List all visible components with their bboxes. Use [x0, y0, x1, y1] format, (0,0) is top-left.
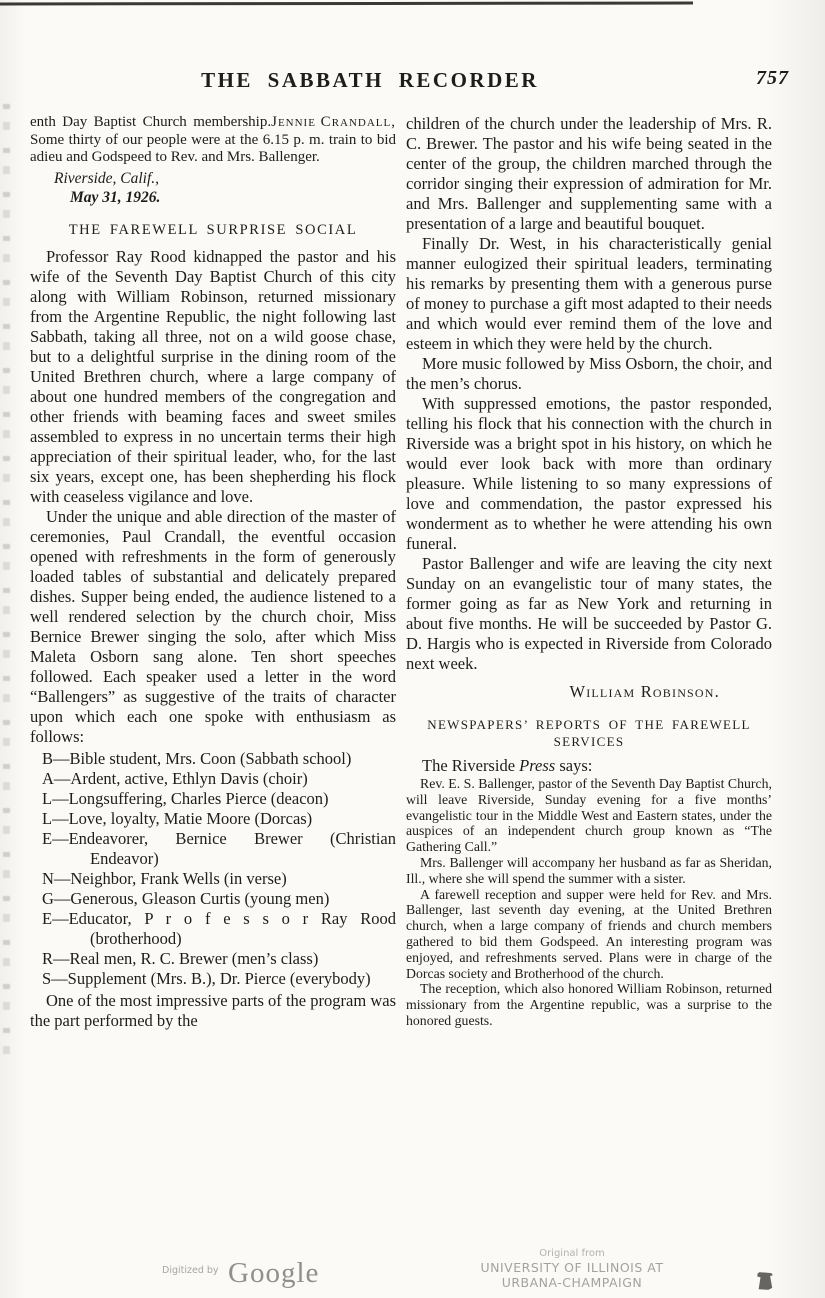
signature-william-robinson: William Robinson.: [406, 682, 772, 702]
acrostic-item-g: G—Generous, Gleason Curtis (young men): [30, 889, 396, 909]
scanned-page: THE SABBATH RECORDER 757 Jennie Crandall…: [0, 0, 825, 1298]
left-column: Jennie Crandall,enth Day Baptist Church …: [30, 114, 396, 1031]
continuation-paragraph: Jennie Crandall,enth Day Baptist Church …: [30, 114, 396, 167]
press-excerpt-1: Rev. E. S. Ballenger, pastor of the Seve…: [406, 776, 772, 855]
press-intro-pre: The Riverside: [422, 756, 519, 775]
digitized-by-label: Digitized by: [162, 1265, 219, 1276]
google-logo: Google: [228, 1257, 319, 1290]
original-from-label: Original from: [452, 1248, 692, 1259]
acrostic-item-b: B—Bible student, Mrs. Coon (Sabbath scho…: [30, 749, 396, 769]
right-paragraph-5: Pastor Ballenger and wife are leaving th…: [406, 554, 772, 674]
original-from-block: Original from UNIVERSITY OF ILLINOIS AT …: [452, 1248, 692, 1290]
acrostic-item-s: S—Supplement (Mrs. B.), Dr. Pierce (ever…: [30, 969, 396, 989]
digitization-footer: Digitized by Google Original from UNIVER…: [0, 1238, 825, 1298]
margin-bleed-artifacts: [3, 104, 10, 1064]
right-paragraph-3: More music followed by Miss Osborn, the …: [406, 354, 772, 394]
press-name-italic: Press: [519, 756, 555, 775]
acrostic-item-e1: E—Endeavorer, Bernice Brewer (Christian …: [30, 829, 396, 869]
right-paragraph-1: children of the church under the leaders…: [406, 114, 772, 234]
acrostic-item-n: N—Neighbor, Frank Wells (in verse): [30, 869, 396, 889]
ink-stamp-mark: [757, 1272, 773, 1290]
signature-jennie-crandall: Jennie Crandall,: [271, 114, 396, 132]
press-excerpt-4: The reception, which also honored Willia…: [406, 981, 772, 1028]
ballengers-acrostic-list: B—Bible student, Mrs. Coon (Sabbath scho…: [30, 749, 396, 989]
newspapers-reports-heading-line1: NEWSPAPERS’ REPORTS OF THE FAREWELL: [406, 716, 772, 733]
press-intro-line: The Riverside Press says:: [406, 756, 772, 776]
left-paragraph-3: One of the most impressive parts of the …: [30, 991, 396, 1031]
acrostic-item-l1: L—Longsuffering, Charles Pierce (deacon): [30, 789, 396, 809]
acrostic-item-a: A—Ardent, active, Ethlyn Davis (choir): [30, 769, 396, 789]
farewell-social-heading: THE FAREWELL SURPRISE SOCIAL: [30, 220, 396, 240]
press-intro-post: says:: [555, 756, 592, 775]
acrostic-item-r: R—Real men, R. C. Brewer (men’s class): [30, 949, 396, 969]
acrostic-item-e2: E—Educator, P r o f e s s o r Ray Rood (…: [30, 909, 396, 949]
right-paragraph-4: With suppressed emotions, the pastor res…: [406, 394, 772, 554]
press-excerpt-2: Mrs. Ballenger will accompany her husban…: [406, 855, 772, 887]
right-column: children of the church under the leaders…: [406, 114, 772, 1031]
left-paragraph-2: Under the unique and able direction of t…: [30, 507, 396, 747]
dateline-date: May 31, 1926.: [30, 188, 396, 207]
page-number: 757: [756, 67, 789, 90]
press-excerpt-3: A farewell reception and supper were hel…: [406, 887, 772, 982]
scan-edge-line: [0, 2, 693, 6]
page-title: THE SABBATH RECORDER: [0, 68, 740, 93]
left-paragraph-1: Professor Ray Rood kidnapped the pastor …: [30, 247, 396, 507]
right-paragraph-2: Finally Dr. West, in his characteristica…: [406, 234, 772, 354]
institution-name-line2: URBANA-CHAMPAIGN: [452, 1275, 692, 1290]
text-columns: Jennie Crandall,enth Day Baptist Church …: [30, 114, 772, 1031]
acrostic-item-l2: L—Love, loyalty, Matie Moore (Dorcas): [30, 809, 396, 829]
dateline: Riverside, Calif., May 31, 1926.: [30, 169, 396, 207]
dateline-place: Riverside, Calif.,: [30, 169, 396, 188]
institution-name-line1: UNIVERSITY OF ILLINOIS AT: [452, 1260, 692, 1275]
newspapers-reports-heading-line2: SERVICES: [406, 733, 772, 750]
